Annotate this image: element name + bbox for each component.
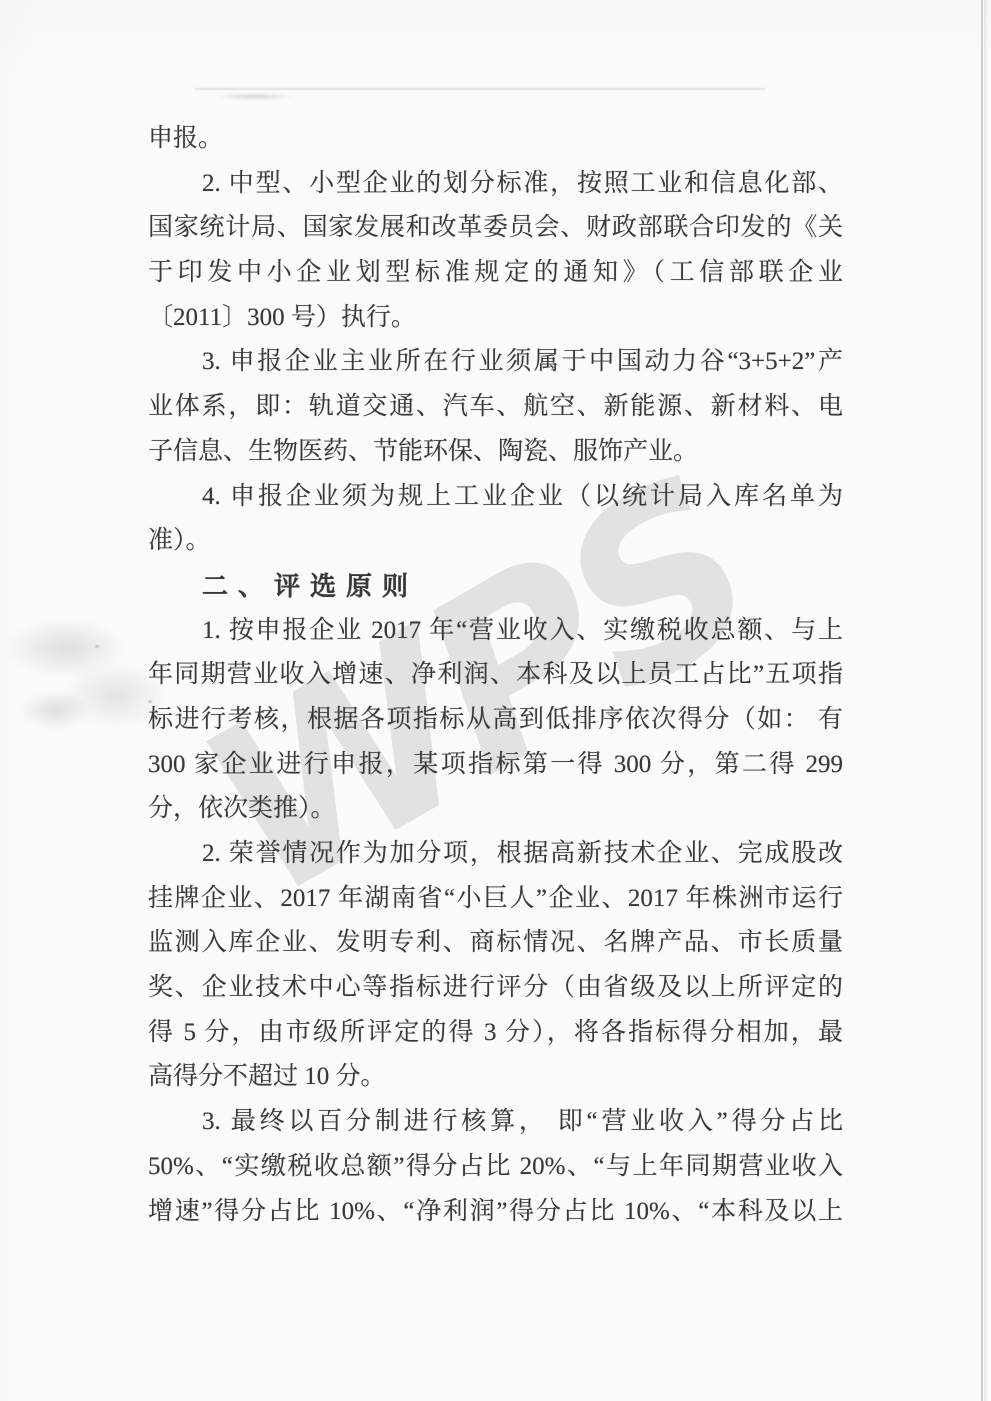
- text-line: 国家统计局、国家发展和改革委员会、财政部联合印发的《关: [148, 206, 843, 251]
- text-line: 增速”得分占比 10%、“净利润”得分占比 10%、“本科及以上: [148, 1190, 843, 1235]
- text-line: 于印发中小企业划型标准规定的通知》（工信部联企业: [148, 251, 843, 296]
- text-line: 业体系，即：轨道交通、汽车、航空、新能源、新材料、电: [148, 385, 843, 430]
- text-line: 3. 最终以百分制进行核算， 即“营业收入”得分占比: [148, 1100, 843, 1145]
- scanned-document-page: WPS 申报。2. 中型、小型企业的划分标准，按照工业和信息化部、国家统计局、国…: [0, 0, 991, 1401]
- text-line: 标进行考核，根据各项指标从高到低排序依次得分（如： 有: [148, 698, 843, 743]
- scan-streak-artifact: [195, 88, 765, 90]
- text-line: 〔2011〕300 号）执行。: [148, 296, 843, 341]
- text-line: 子信息、生物医药、节能环保、陶瓷、服饰产业。: [148, 430, 843, 475]
- text-line: 挂牌企业、2017 年湖南省“小巨人”企业、2017 年株洲市运行: [148, 877, 843, 922]
- scan-streak-blob-artifact: [215, 93, 295, 100]
- scan-right-edge-shadow: [984, 0, 988, 1401]
- scan-smudge-artifact: [20, 690, 90, 730]
- text-line: 2. 荣誉情况作为加分项，根据高新技术企业、完成股改: [148, 832, 843, 877]
- text-line: 50%、“实缴税收总额”得分占比 20%、“与上年同期营业收入: [148, 1145, 843, 1190]
- text-line: 1. 按申报企业 2017 年“营业收入、实缴税收总额、与上: [148, 609, 843, 654]
- text-line: 4. 申报企业须为规上工业企业（以统计局入库名单为: [148, 475, 843, 520]
- scan-right-edge-line: [981, 0, 983, 1401]
- text-line: 年同期营业收入增速、净利润、本科及以上员工占比”五项指: [148, 653, 843, 698]
- text-line: 申报。: [148, 117, 843, 162]
- text-line: 3. 申报企业主业所在行业须属于中国动力谷“3+5+2”产: [148, 340, 843, 385]
- document-text-block: 申报。2. 中型、小型企业的划分标准，按照工业和信息化部、国家统计局、国家发展和…: [148, 117, 843, 1234]
- text-line: 分，依次类推）。: [148, 787, 843, 832]
- section-heading: 二、评选原则: [148, 564, 843, 609]
- text-line: 高得分不超过 10 分。: [148, 1055, 843, 1100]
- text-line: 2. 中型、小型企业的划分标准，按照工业和信息化部、: [148, 162, 843, 207]
- text-line: 奖、企业技术中心等指标进行评分（由省级及以上所评定的: [148, 966, 843, 1011]
- scan-speck-artifact: [95, 645, 99, 648]
- text-line: 监测入库企业、发明专利、商标情况、名牌产品、市长质量: [148, 921, 843, 966]
- text-line: 准）。: [148, 519, 843, 564]
- text-line: 得 5 分，由市级所评定的得 3 分），将各指标得分相加，最: [148, 1011, 843, 1056]
- text-line: 300 家企业进行申报，某项指标第一得 300 分，第二得 299: [148, 743, 843, 788]
